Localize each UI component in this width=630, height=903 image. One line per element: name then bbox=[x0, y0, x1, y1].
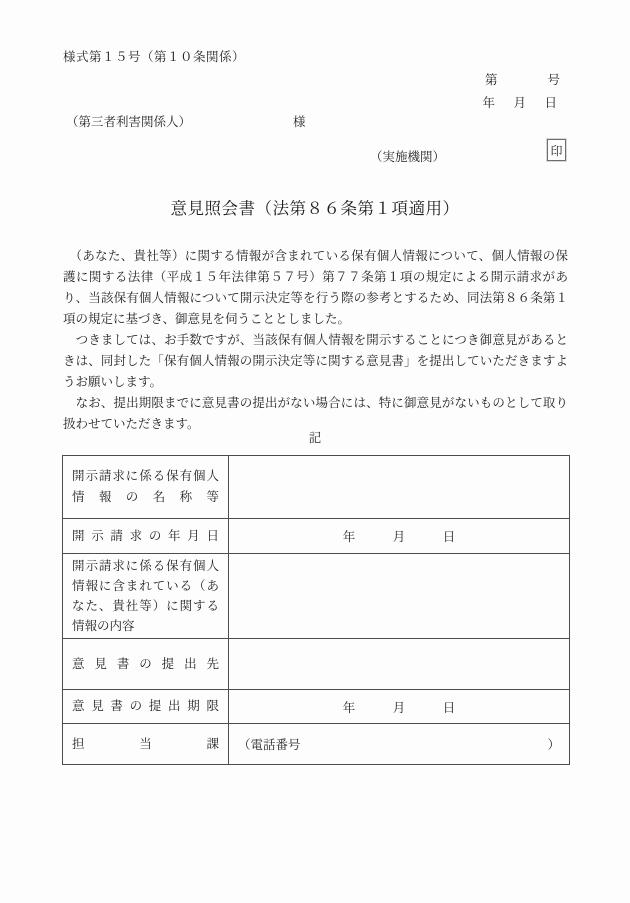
row-value-held-info-name bbox=[229, 456, 570, 519]
form-number: 様式第１５号（第１０条関係） bbox=[63, 47, 245, 65]
document-number-line: 第 号 bbox=[485, 70, 560, 88]
table-row: 開示請求に係る保有個人情報の名称等 bbox=[63, 456, 570, 519]
table-row: 開示請求の年月日 年 月 日 bbox=[63, 519, 570, 554]
table-row: 担当課 （電話番号 ） bbox=[63, 724, 570, 765]
row-label-submit-deadline: 意見書の提出期限 bbox=[63, 690, 229, 724]
agency-label: （実施機関） bbox=[370, 147, 445, 165]
seal-stamp-box: 印 bbox=[547, 139, 566, 161]
phone-number-line: （電話番号 ） bbox=[238, 735, 560, 753]
addressee-honorific: 様 bbox=[293, 112, 306, 130]
form-table: 開示請求に係る保有個人情報の名称等 開示請求の年月日 年 月 日 開示請求に係る… bbox=[62, 455, 570, 765]
page-title: 意見照会書（法第８６条第１項適用） bbox=[0, 195, 630, 219]
row-value-info-content bbox=[229, 554, 570, 639]
row-label-info-content: 開示請求に係る保有個人情報に含まれている（あなた、貴社等）に関する情報の内容 bbox=[63, 554, 229, 639]
date-line: 年 月 日 bbox=[482, 93, 560, 111]
row-label-submit-to: 意見書の提出先 bbox=[63, 639, 229, 690]
row-value-submit-deadline: 年 月 日 bbox=[229, 690, 570, 724]
section-marker-ki: 記 bbox=[0, 428, 630, 446]
row-label-request-date: 開示請求の年月日 bbox=[63, 519, 229, 554]
seal-mark: 印 bbox=[550, 142, 562, 159]
phone-number-prefix: （電話番号 bbox=[238, 735, 301, 753]
body-text: （あなた、貴社等）に関する情報が含まれている保有個人情報について、個人情報の保護… bbox=[63, 246, 568, 435]
body-paragraph: （あなた、貴社等）に関する情報が含まれている保有個人情報について、個人情報の保護… bbox=[63, 246, 568, 330]
table-row: 意見書の提出期限 年 月 日 bbox=[63, 690, 570, 724]
row-value-duty-section: （電話番号 ） bbox=[229, 724, 570, 765]
row-value-submit-to bbox=[229, 639, 570, 690]
phone-number-suffix: ） bbox=[547, 735, 560, 753]
table-row: 意見書の提出先 bbox=[63, 639, 570, 690]
row-value-request-date: 年 月 日 bbox=[229, 519, 570, 554]
document-page: 様式第１５号（第１０条関係） 第 号 年 月 日 （第三者利害関係人） 様 （実… bbox=[0, 0, 630, 903]
row-label-held-info-name: 開示請求に係る保有個人情報の名称等 bbox=[63, 456, 229, 519]
addressee-label: （第三者利害関係人） bbox=[66, 112, 191, 130]
row-label-duty-section: 担当課 bbox=[63, 724, 229, 765]
body-paragraph: つきましては、お手数ですが、当該保有個人情報を開示することにつき御意見があるとき… bbox=[63, 330, 568, 393]
table-row: 開示請求に係る保有個人情報に含まれている（あなた、貴社等）に関する情報の内容 bbox=[63, 554, 570, 639]
